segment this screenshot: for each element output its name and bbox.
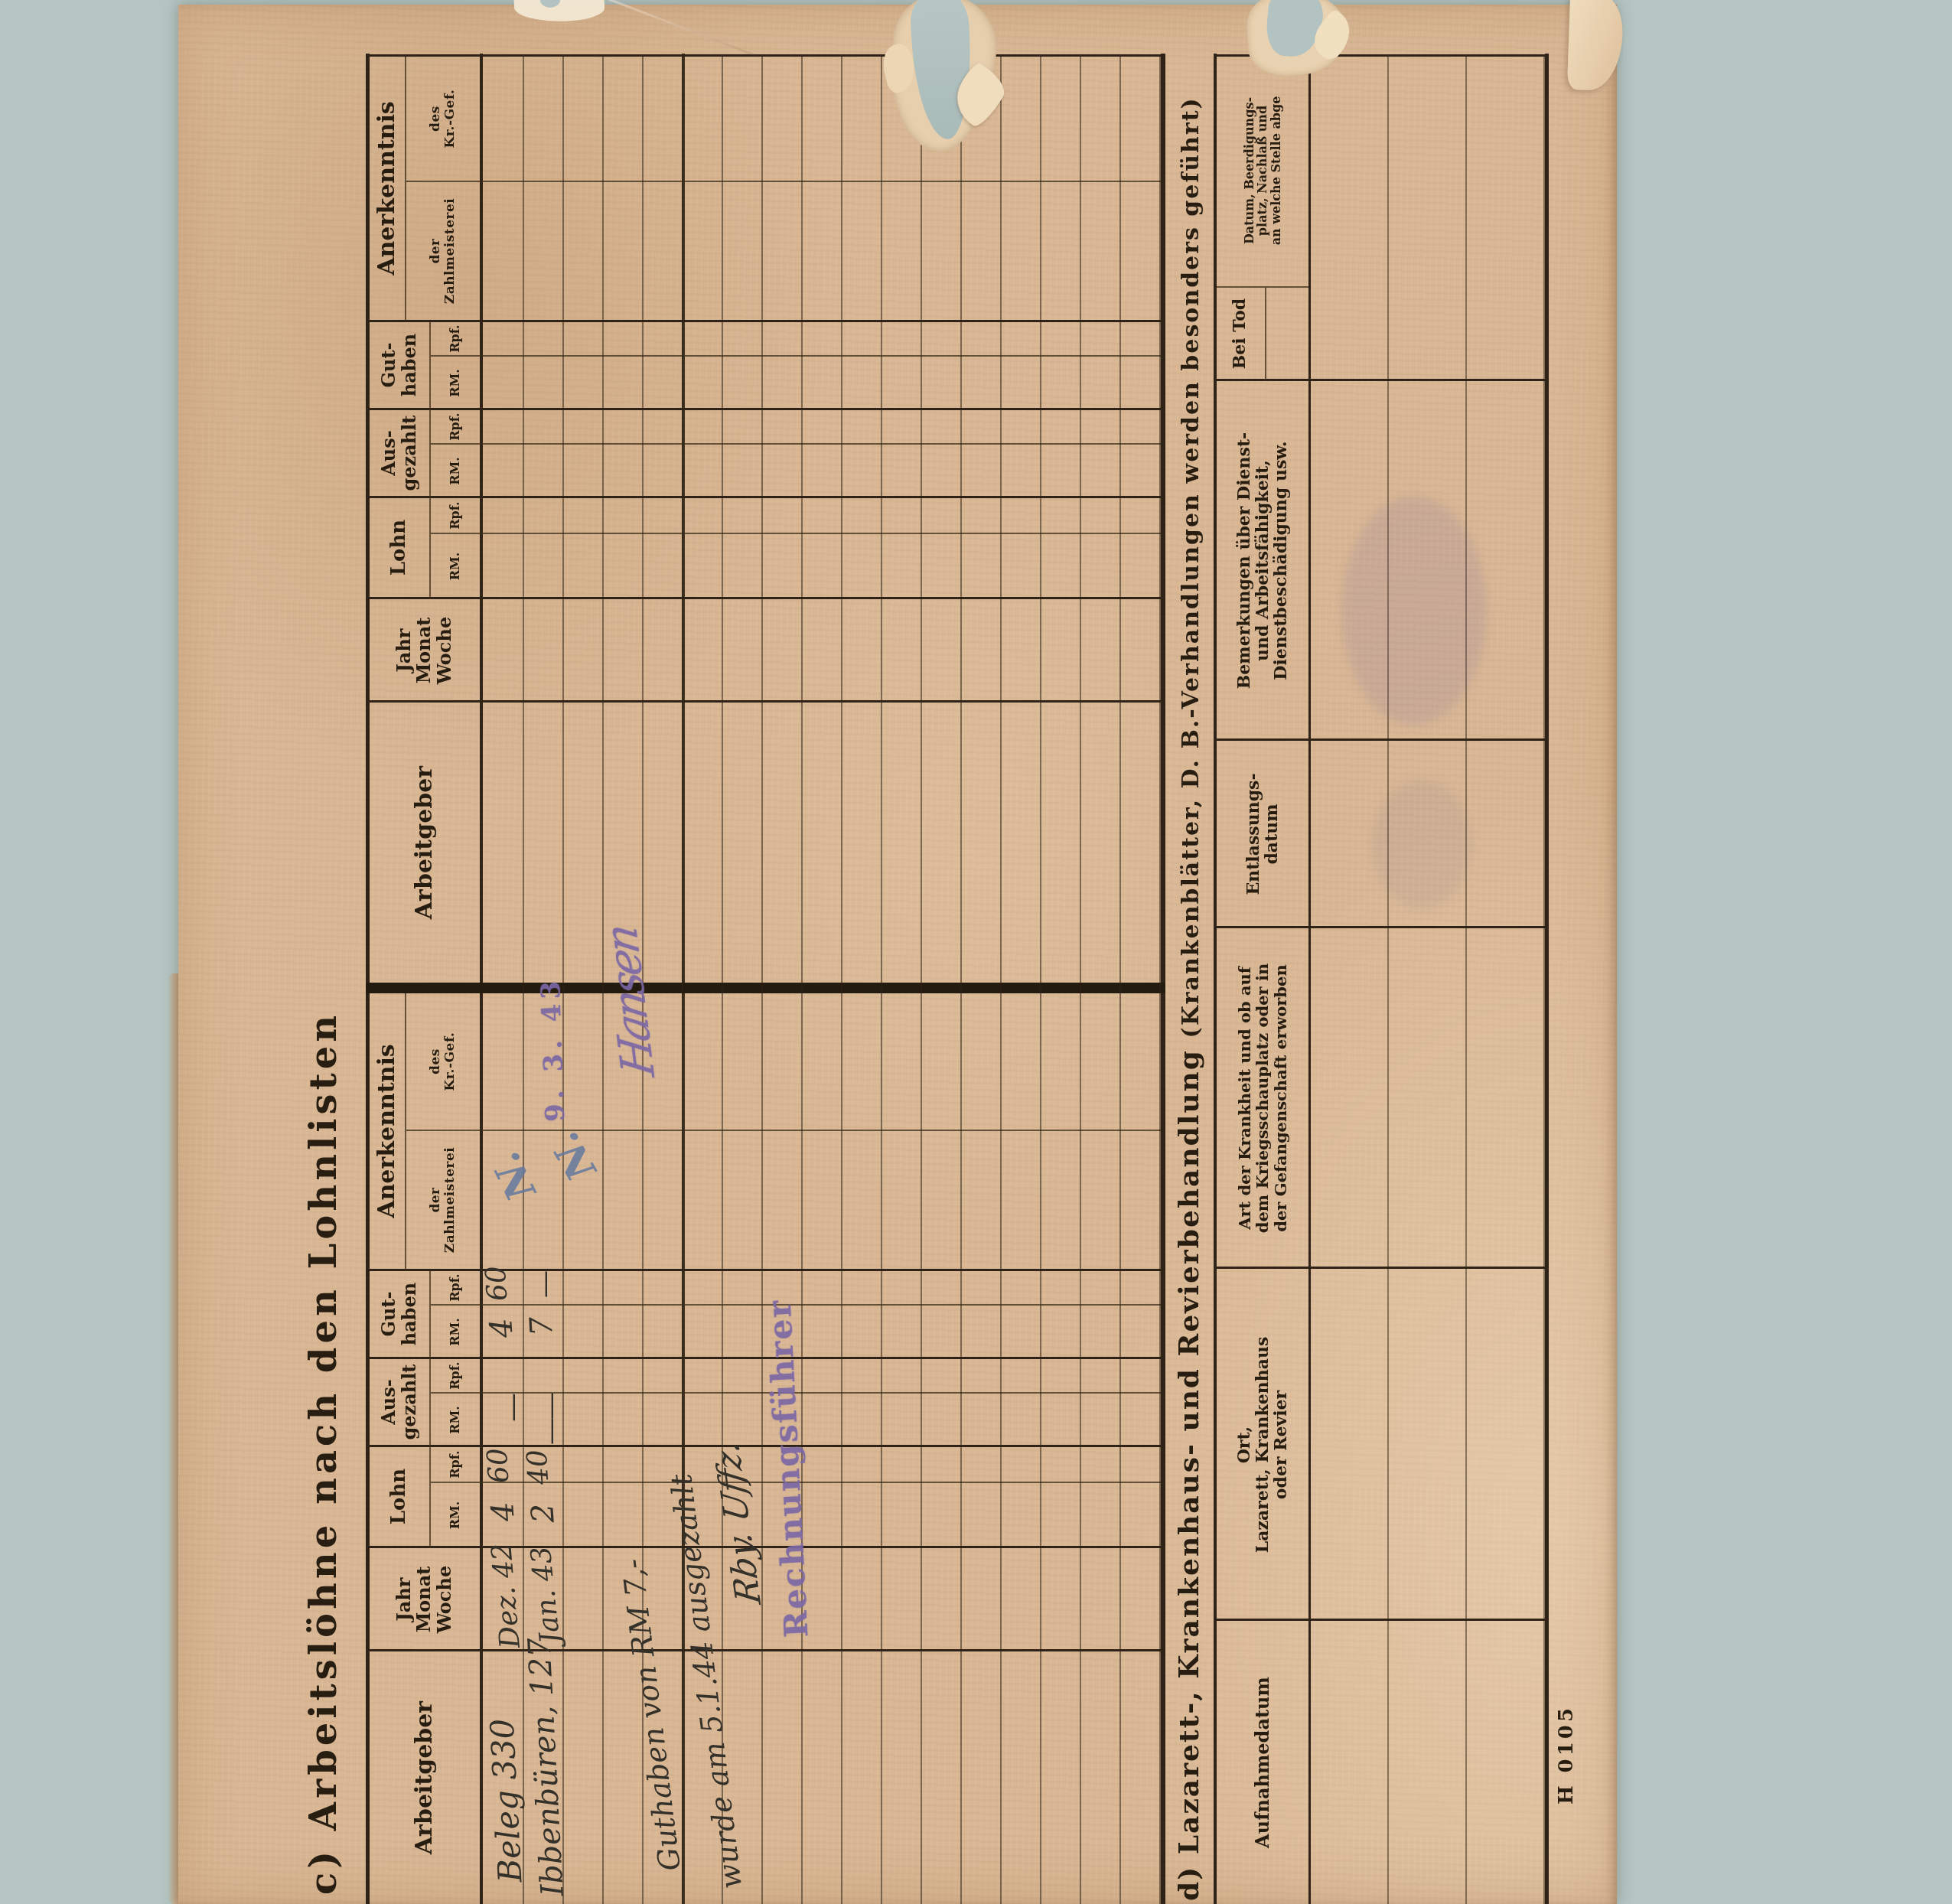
t1-col-lohn: Lohn [369,1447,429,1546]
t2-bottom-border [1545,54,1549,1904]
t2-beitod-underline [1265,288,1266,381]
t1-col-lohn-rpf: Rpf. [431,1447,480,1482]
tear-paper [513,0,605,23]
t1-col-ausgezahlt-rm-2: RM. [431,446,480,496]
t1-col-jahr-monat-woche: Jahr Monat Woche [369,1550,480,1649]
t1-bottom-border [1161,54,1165,1904]
section-d-title-main: d) Lazarett-, Krankenhaus- und Revierbeh… [1173,1049,1205,1901]
t2-row-ruling [1311,57,1545,1904]
entry-guthaben-rm-row2: 7 [523,1316,559,1337]
t1-col-arbeitgeber-2: Arbeitgeber [369,703,480,983]
t1-col-guthaben-rpf: Rpf. [431,1271,480,1304]
punch-hole-torn-2 [1247,0,1348,77]
entry-ausgezahlt-row1: — [495,1393,529,1422]
section-c-title: c) Arbeitslöhne nach den Lohnlisten [302,1012,345,1895]
punch-hole-torn-main [890,0,994,152]
entry-lohn-rm-row1: 4 [485,1501,522,1523]
entry-lohn-rpf-row2: 40 [521,1449,555,1486]
document-rotated: c) Arbeitslöhne nach den Lohnlisten [178,5,1617,1904]
t1-col-ausgezahlt: Aus- gezahlt [369,1359,429,1445]
section-d-title-paren: (Krankenblätter, D. B.-Verhandlungen wer… [1178,96,1204,1038]
t1-row-ruling [484,57,1161,1904]
t1-col-anerkenntnis-krgef-2: des Kr.-Gef. [406,57,480,181]
t1-col-guthaben-rpf-2: Rpf. [431,322,480,355]
ink-ghost-smudge-2 [1372,779,1471,909]
ink-ghost-smudge [1341,496,1487,725]
form-number: H 0105 [1556,1705,1578,1805]
t2-col-aufnahmedatum: Aufnahmedatum [1217,1621,1308,1904]
section-d-title: d) Lazarett-, Krankenhaus- und Revierbeh… [1173,96,1205,1901]
t1-col-anerkenntnis-2: Anerkenntnis [369,57,405,320]
t1-col-lohn-rpf-2: Rpf. [431,498,480,533]
entry-guthaben-rm-row1: 4 [484,1317,520,1339]
t1-col-lohn-rm-2: RM. [431,536,480,597]
t2-col-bei-tod-sub: Datum, Beerdigungs- platz, Nachlaß und a… [1217,57,1308,285]
t2-col-art-der-krankheit: Art der Krankheit und ob auf dem Kriegss… [1217,930,1308,1267]
t1-col-lohn-2: Lohn [369,498,429,597]
tear-top-left [514,0,606,23]
t1-col-ausgezahlt-rpf: Rpf. [431,1359,480,1392]
card-footprint: c) Arbeitslöhne nach den Lohnlisten [178,5,1617,1904]
t1-col-arbeitgeber: Arbeitgeber [369,1651,480,1904]
t1-col-ausgezahlt-rm: RM. [431,1395,480,1445]
t1-col-lohn-rm: RM. [431,1485,480,1546]
entry-guthaben-rpf-row1: 60 [480,1265,513,1302]
t1-col-guthaben-rm-2: RM. [431,358,480,408]
t2-col-bemerkungen: Bemerkungen über Dienst- und Arbeitsfähi… [1217,383,1308,738]
entry-ausgezahlt-row2: —— [535,1394,566,1445]
t2-col-entlassungsdatum: Entlassungs- datum [1217,742,1308,926]
t2-beitod-divider [1217,286,1308,288]
entry-lohn-rpf-row1: 60 [481,1447,515,1485]
t1-col-ausgezahlt-rpf-2: Rpf. [431,410,480,443]
t1-col-guthaben-rm: RM. [431,1307,480,1357]
scan-background: c) Arbeitslöhne nach den Lohnlisten [0,0,1952,1904]
t1-col-jahr-monat-woche-2: Jahr Monat Woche [369,601,480,700]
t1-col-anerkenntnis-zahlmeisterei: der Zahlmeisterei [406,1131,480,1269]
entry-guthaben-rpf-row2: — [529,1270,560,1298]
t1-col-ausgezahlt-2: Aus- gezahlt [369,410,429,496]
t2-col-ort: Ort, Lazarett, Krankenhaus oder Revier [1217,1271,1308,1619]
t1-col-anerkenntnis-krgef: des Kr.-Gef. [406,993,480,1130]
t1-header-bottom-border [480,54,483,1904]
date-stamp: 9. 3. 43 [536,976,572,1122]
t1-col-guthaben-2: Gut- haben [369,322,429,408]
entry-lohn-rm-row2: 2 [525,1502,562,1524]
t1-col-anerkenntnis: Anerkenntnis [369,993,405,1269]
t1-col-guthaben: Gut- haben [369,1271,429,1357]
t1-col-anerkenntnis-zahlmeisterei-2: der Zahlmeisterei [406,182,480,320]
t2-col-bei-tod: Bei Tod [1217,289,1263,379]
